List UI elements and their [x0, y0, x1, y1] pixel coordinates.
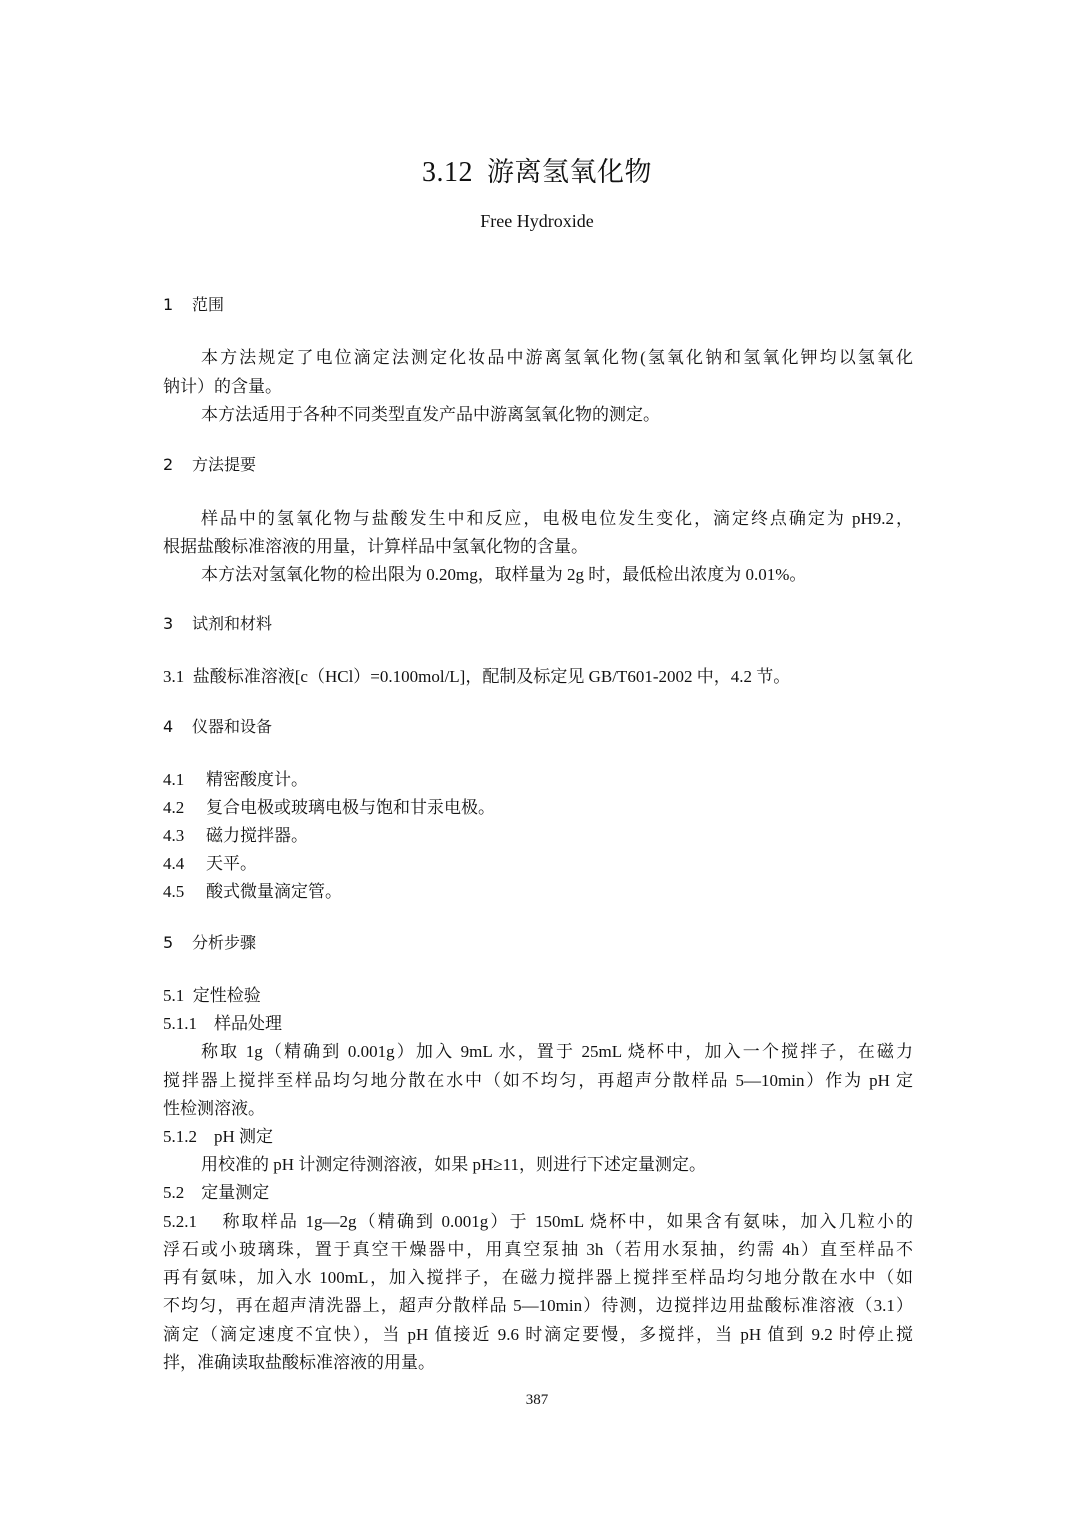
page-title: 3.12游离氢氧化物: [0, 150, 1074, 189]
scope-paragraph-line: 本方法规定了电位滴定法测定化妆品中游离氢氧化物(氢氧化钠和氢氧化钾均以氢氧化: [201, 343, 913, 368]
page-number: 387: [0, 1392, 1074, 1409]
procedure-paragraph-line: 搅拌器上搅拌至样品均匀地分散在水中（如不均匀，再超声分散样品 5—10min）作…: [163, 1066, 913, 1091]
subsection-heading: 5.2 定量测定: [163, 1178, 269, 1203]
section-heading-apparatus: 4仪器和设备: [163, 714, 272, 737]
section-heading-scope: 1范围: [163, 292, 224, 315]
procedure-paragraph-line: 称取 1g（精确到 0.001g）加入 9mL 水，置于 25mL 烧杯中，加入…: [201, 1037, 913, 1062]
principle-paragraph: 本方法对氢氧化物的检出限为 0.20mg，取样量为 2g 时，最低检出浓度为 0…: [201, 560, 806, 585]
section-heading-principle: 2方法提要: [163, 452, 256, 475]
principle-paragraph-line: 样品中的氢氧化物与盐酸发生中和反应，电极电位发生变化，滴定终点确定为 pH9.2…: [201, 504, 913, 529]
subsection-heading: 5.1 定性检验: [163, 981, 261, 1006]
apparatus-item: 4.5酸式微量滴定管。: [163, 877, 342, 902]
scope-paragraph: 本方法适用于各种不同类型直发产品中游离氢氧化物的测定。: [201, 400, 660, 425]
title-text: 游离氢氧化物: [487, 157, 652, 188]
apparatus-item: 4.3磁力搅拌器。: [163, 821, 308, 846]
title-number: 3.12: [422, 157, 473, 188]
procedure-paragraph-line: 用校准的 pH 计测定待测溶液，如果 pH≥11，则进行下述定量测定。: [201, 1150, 706, 1175]
subsection-heading: 5.1.1 样品处理: [163, 1009, 282, 1034]
section-heading-procedure: 5分析步骤: [163, 930, 256, 953]
procedure-paragraph-line: 滴定（滴定速度不宜快），当 pH 值接近 9.6 时滴定要慢，多搅拌，当 pH …: [163, 1320, 913, 1345]
apparatus-item: 4.2复合电极或玻璃电极与饱和甘汞电极。: [163, 793, 495, 818]
section-heading-reagents: 3试剂和材料: [163, 611, 272, 634]
document-page: 3.12游离氢氧化物 Free Hydroxide 1范围 本方法规定了电位滴定…: [0, 0, 1074, 1520]
procedure-paragraph-line: 再有氨味，加入水 100mL，加入搅拌子，在磁力搅拌器上搅拌至样品均匀地分散在水…: [163, 1263, 913, 1288]
apparatus-item: 4.1精密酸度计。: [163, 765, 308, 790]
procedure-paragraph-line: 不均匀，再在超声清洗器上，超声分散样品 5—10min）待测，边搅拌边用盐酸标准…: [163, 1291, 913, 1316]
subsection-heading: 5.1.2 pH 测定: [163, 1122, 273, 1147]
procedure-paragraph-line: 浮石或小玻璃珠，置于真空干燥器中，用真空泵抽 3h（若用水泵抽，约需 4h）直至…: [163, 1235, 913, 1260]
apparatus-item: 4.4天平。: [163, 849, 257, 874]
procedure-paragraph-line: 性检测溶液。: [163, 1094, 265, 1119]
procedure-paragraph-line: 5.2.1 称取样品 1g—2g（精确到 0.001g）于 150mL 烧杯中，…: [163, 1207, 913, 1232]
scope-paragraph-line: 钠计）的含量。: [163, 372, 282, 397]
procedure-paragraph-line: 拌，准确读取盐酸标准溶液的用量。: [163, 1348, 435, 1373]
principle-paragraph-line: 根据盐酸标准溶液的用量，计算样品中氢氧化物的含量。: [163, 532, 588, 557]
reagent-item: 3.1 盐酸标准溶液[c（HCl）=0.100mol/L]，配制及标定见 GB/…: [163, 662, 790, 687]
page-subtitle: Free Hydroxide: [0, 211, 1074, 232]
